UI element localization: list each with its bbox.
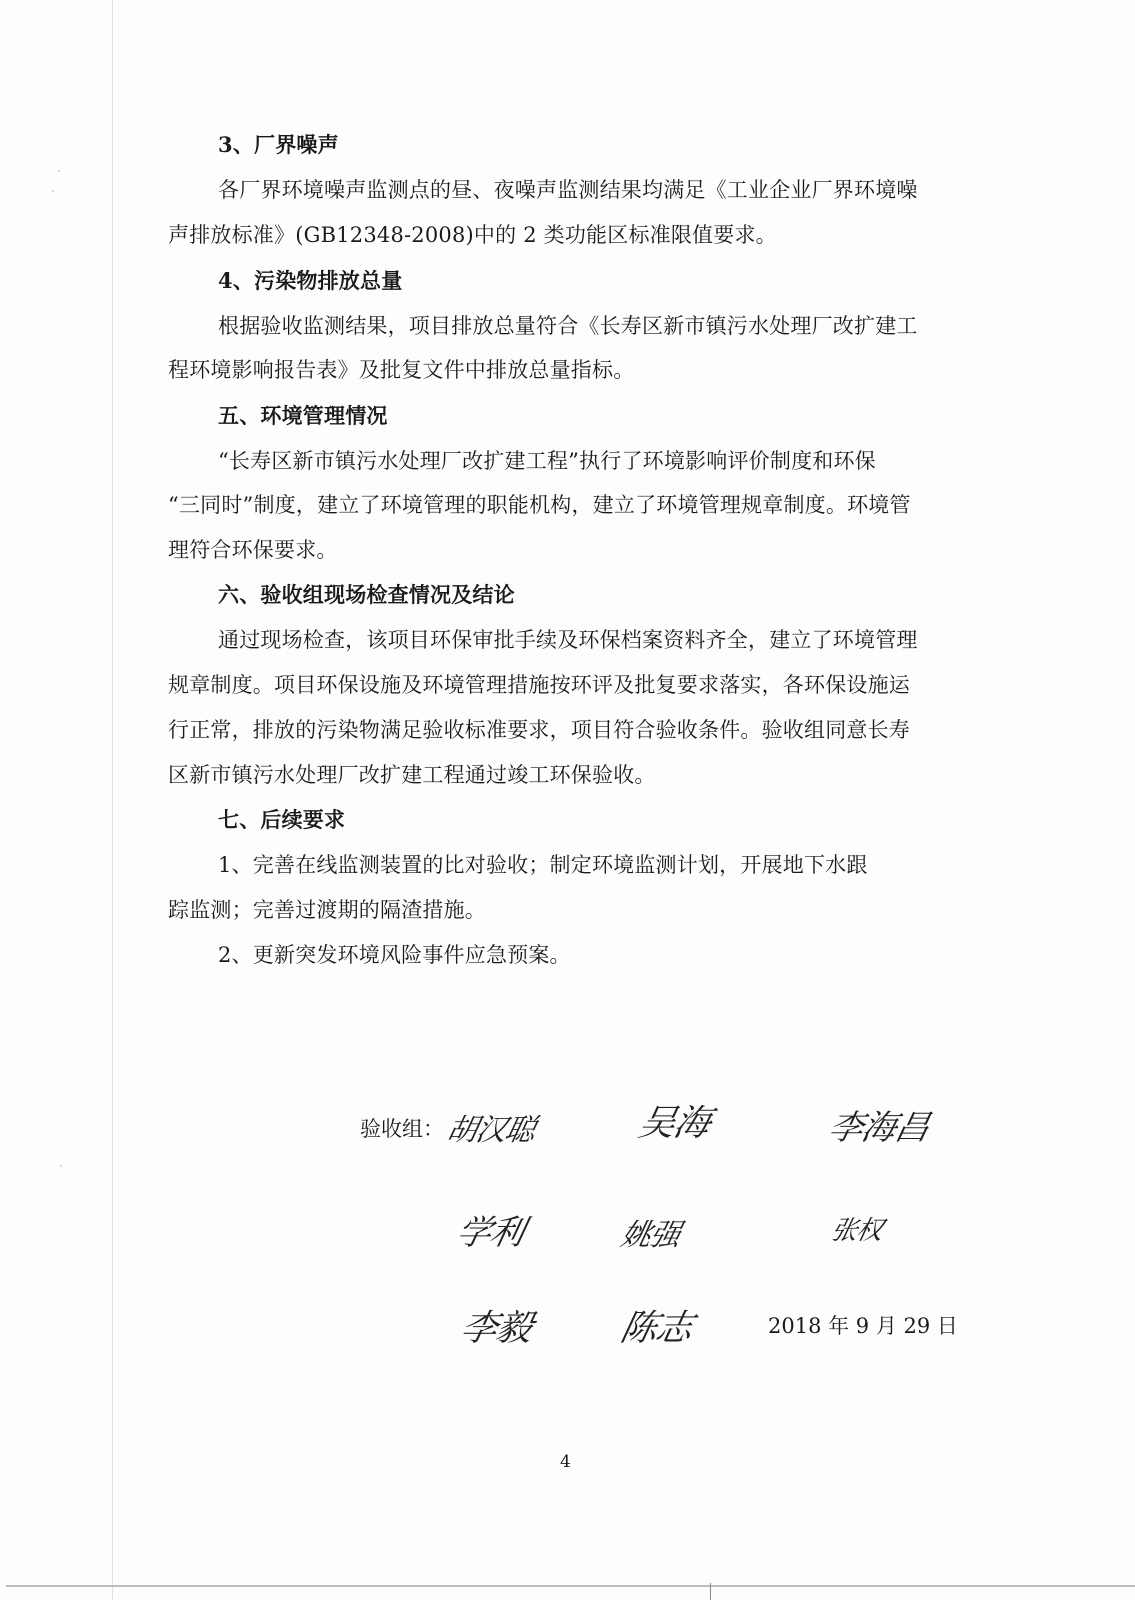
paragraph-line: “三同时”制度，建立了环境管理的职能机构，建立了环境管理规章制度。环境管 [168, 491, 911, 519]
paragraph-line: 各厂界环境噪声监测点的昼、夜噪声监测结果均满足《工业企业厂界环境噪 [218, 176, 918, 204]
heading-inspection-conclusion: 六、验收组现场检查情况及结论 [218, 581, 515, 609]
handwritten-signature: 学利 [453, 1205, 529, 1254]
handwritten-signature: 张权 [828, 1210, 886, 1247]
handwritten-signature: 吴海 [635, 1095, 716, 1146]
paragraph-line: 程环境影响报告表》及批复文件中排放总量指标。 [168, 356, 634, 384]
heading-follow-up: 七、后续要求 [218, 806, 345, 834]
paragraph-line: “长寿区新市镇污水处理厂改扩建工程”执行了环境影响评价制度和环保 [218, 447, 876, 475]
heading-pollutant-total: 4、污染物排放总量 [218, 267, 402, 295]
handwritten-signature: 陈志 [617, 1300, 698, 1351]
scan-speck [52, 190, 54, 192]
scan-bottom-tick [710, 1583, 711, 1600]
handwritten-signature: 李海昌 [825, 1100, 934, 1149]
paragraph-line: 根据验收监测结果，项目排放总量符合《长寿区新市镇污水处理厂改扩建工 [218, 312, 918, 340]
paragraph-line: 1、完善在线监测装置的比对验收；制定环境监测计划，开展地下水跟 [218, 851, 868, 879]
paragraph-line: 踪监测；完善过渡期的隔渣措施。 [168, 896, 486, 924]
scan-bottom-edge [6, 1585, 1135, 1587]
signature-label: 验收组： [360, 1113, 444, 1143]
paragraph-line: 声排放标准》(GB12348-2008)中的 2 类功能区标准限值要求。 [168, 221, 777, 249]
heading-noise: 3、厂界噪声 [218, 131, 339, 159]
paragraph-line: 通过现场检查，该项目环保审批手续及环保档案资料齐全，建立了环境管理 [218, 626, 918, 654]
scan-margin-line [112, 0, 113, 1600]
paragraph-line: 2、更新突发环境风险事件应急预案。 [218, 941, 571, 969]
scan-speck [58, 170, 60, 172]
page-number: 4 [560, 1452, 571, 1472]
signing-date: 2018 年 9 月 29 日 [768, 1310, 958, 1340]
heading-env-management: 五、环境管理情况 [218, 402, 388, 430]
document-page: 3、厂界噪声 各厂界环境噪声监测点的昼、夜噪声监测结果均满足《工业企业厂界环境噪… [0, 0, 1135, 1600]
paragraph-line: 行正常，排放的污染物满足验收标准要求，项目符合验收条件。验收组同意长寿 [168, 716, 910, 744]
paragraph-line: 理符合环保要求。 [168, 536, 338, 564]
handwritten-signature: 姚强 [617, 1210, 684, 1254]
handwritten-signature: 李毅 [457, 1300, 538, 1351]
handwritten-signature: 胡汉聪 [443, 1105, 539, 1149]
paragraph-line: 区新市镇污水处理厂改扩建工程通过竣工环保验收。 [168, 761, 656, 789]
scan-speck [60, 1165, 62, 1167]
paragraph-line: 规章制度。项目环保设施及环境管理措施按环评及批复要求落实，各环保设施运 [168, 671, 910, 699]
